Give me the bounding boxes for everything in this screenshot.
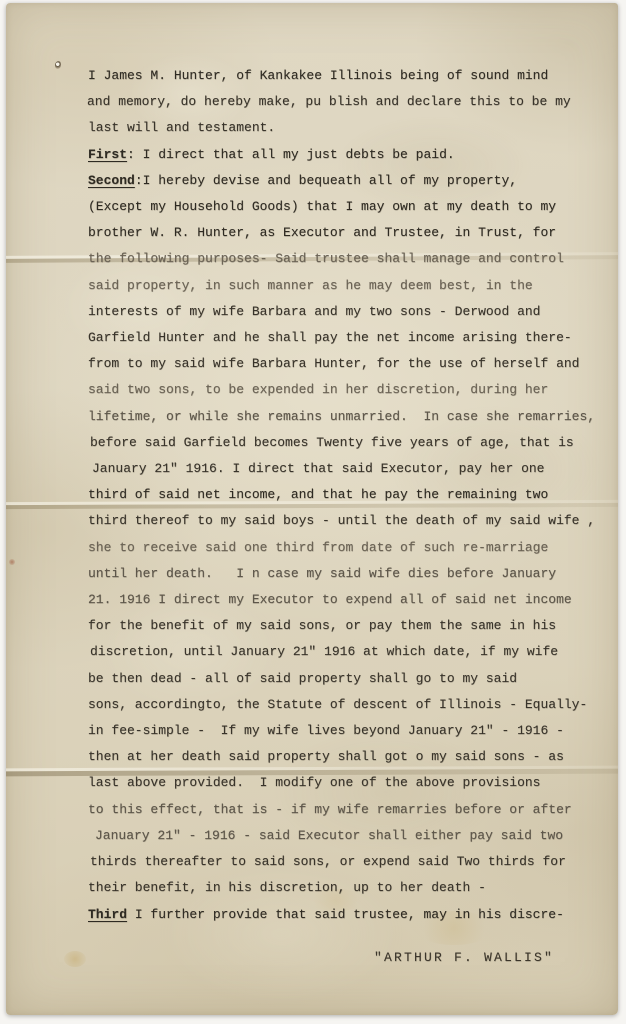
paper-spot: [9, 559, 15, 565]
text-segment: for the benefit of my said sons, or pay …: [88, 618, 556, 633]
will-text-block: I James M. Hunter, of Kankakee Illinois …: [88, 63, 608, 928]
text-line: Second:I hereby devise and bequeath all …: [88, 168, 608, 194]
text-segment: :I hereby devise and bequeath all of my …: [135, 173, 517, 188]
typewritten-will-page: I James M. Hunter, of Kankakee Illinois …: [6, 3, 618, 1015]
section-heading: First: [88, 147, 127, 162]
text-segment: thirds thereafter to said sons, or expen…: [90, 854, 566, 869]
text-line: in fee-simple - If my wife lives beyond …: [88, 718, 608, 744]
text-line: thirds thereafter to said sons, or expen…: [90, 849, 608, 875]
text-segment: January 21" 1916. I direct that said Exe…: [92, 461, 544, 476]
text-segment: third thereof to my said boys - until th…: [88, 513, 595, 528]
text-segment: said property, in such manner as he may …: [88, 278, 533, 293]
text-segment: interests of my wife Barbara and my two …: [88, 304, 540, 319]
text-segment: brother W. R. Hunter, as Executor and Tr…: [88, 225, 556, 240]
text-line: I James M. Hunter, of Kankakee Illinois …: [88, 63, 608, 89]
text-segment: the following purposes- Said trustee sha…: [88, 251, 564, 266]
text-line: First: I direct that all my just debts b…: [88, 142, 608, 168]
text-segment: before said Garfield becomes Twenty five…: [90, 435, 574, 450]
text-segment: January 21" - 1916 - said Executor shall…: [95, 828, 563, 843]
text-segment: their benefit, in his discretion, up to …: [88, 880, 486, 895]
text-line: she to receive said one third from date …: [88, 535, 608, 561]
text-line: last above provided. I modify one of the…: [88, 770, 608, 796]
text-line: third thereof to my said boys - until th…: [88, 508, 608, 534]
text-line: for the benefit of my said sons, or pay …: [88, 613, 608, 639]
text-line: the following purposes- Said trustee sha…: [88, 246, 608, 272]
text-line: until her death. I n case my said wife d…: [88, 561, 608, 587]
text-line: from to my said wife Barbara Hunter, for…: [88, 351, 608, 377]
text-line: then at her death said property shall go…: [88, 744, 608, 770]
text-line: 21. 1916 I direct my Executor to expend …: [88, 587, 608, 613]
text-segment: until her death. I n case my said wife d…: [88, 566, 556, 581]
text-segment: to this effect, that is - if my wife rem…: [88, 802, 572, 817]
text-segment: Garfield Hunter and he shall pay the net…: [88, 330, 572, 345]
text-segment: I further provide that said trustee, may…: [127, 907, 564, 922]
text-segment: 21. 1916 I direct my Executor to expend …: [88, 592, 572, 607]
text-line: (Except my Household Goods) that I may o…: [88, 194, 608, 220]
text-line: January 21" - 1916 - said Executor shall…: [95, 823, 608, 849]
text-segment: third of said net income, and that he pa…: [88, 487, 548, 502]
text-line: Garfield Hunter and he shall pay the net…: [88, 325, 608, 351]
text-line: January 21" 1916. I direct that said Exe…: [92, 456, 608, 482]
text-line: Third I further provide that said truste…: [88, 902, 608, 928]
text-line: brother W. R. Hunter, as Executor and Tr…: [88, 220, 608, 246]
text-line: said property, in such manner as he may …: [88, 273, 608, 299]
section-heading: Second: [88, 173, 135, 188]
text-segment: said two sons, to be expended in her dis…: [88, 382, 548, 397]
text-segment: then at her death said property shall go…: [88, 749, 564, 764]
text-line: before said Garfield becomes Twenty five…: [90, 430, 608, 456]
witness-signature-line: "ARTHUR F. WALLIS": [374, 945, 554, 971]
text-line: lifetime, or while she remains unmarried…: [88, 404, 608, 430]
text-segment: and memory, do hereby make, pu blish and…: [87, 94, 571, 109]
text-segment: I James M. Hunter, of Kankakee Illinois …: [88, 68, 548, 83]
text-segment: sons, accordingto, the Statute of descen…: [88, 697, 587, 712]
text-line: be then dead - all of said property shal…: [88, 666, 608, 692]
text-segment: she to receive said one third from date …: [88, 540, 548, 555]
section-heading: Third: [88, 907, 127, 922]
text-line: said two sons, to be expended in her dis…: [88, 377, 608, 403]
text-line: third of said net income, and that he pa…: [88, 482, 608, 508]
paper-speck: [55, 61, 61, 69]
text-line: and memory, do hereby make, pu blish and…: [87, 89, 608, 115]
text-segment: be then dead - all of said property shal…: [88, 671, 517, 686]
text-line: sons, accordingto, the Statute of descen…: [88, 692, 608, 718]
text-line: their benefit, in his discretion, up to …: [88, 875, 608, 901]
text-segment: lifetime, or while she remains unmarried…: [88, 409, 595, 424]
text-segment: in fee-simple - If my wife lives beyond …: [88, 723, 564, 738]
text-line: interests of my wife Barbara and my two …: [88, 299, 608, 325]
text-segment: (Except my Household Goods) that I may o…: [88, 199, 556, 214]
text-line: to this effect, that is - if my wife rem…: [88, 797, 608, 823]
text-line: last will and testament.: [88, 115, 608, 141]
text-segment: discretion, until January 21" 1916 at wh…: [90, 644, 558, 659]
text-segment: from to my said wife Barbara Hunter, for…: [88, 356, 579, 371]
text-segment: last above provided. I modify one of the…: [88, 775, 540, 790]
text-segment: last will and testament.: [88, 120, 275, 135]
text-line: discretion, until January 21" 1916 at wh…: [90, 639, 608, 665]
text-segment: : I direct that all my just debts be pai…: [127, 147, 455, 162]
paper-stain: [64, 951, 86, 967]
photograph-background: I James M. Hunter, of Kankakee Illinois …: [0, 0, 626, 1024]
